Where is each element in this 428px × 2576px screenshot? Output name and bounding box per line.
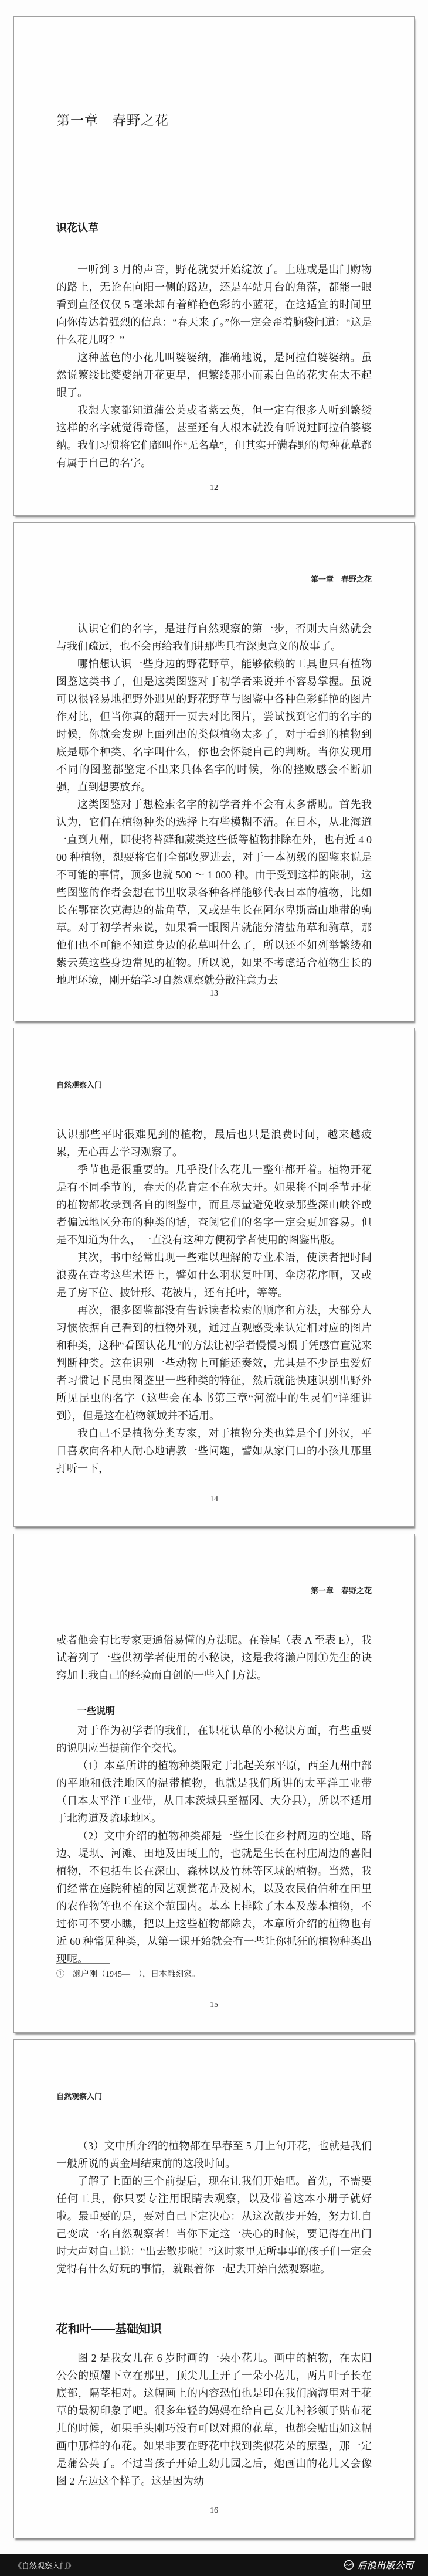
paragraph: 哪怕想认识一些身边的野花野草，能够依赖的工具也只有植物图鉴这类书了，但是这类图鉴… xyxy=(56,655,372,796)
footnote-divider xyxy=(56,1963,110,1964)
paragraph: 我想大家都知道蒲公英或者紫云英，但一定有很多人听到繁缕这样的名字就觉得奇怪，甚至… xyxy=(56,401,372,472)
page-number: 16 xyxy=(14,2506,414,2516)
subheading-yixie-shuoming: 一些说明 xyxy=(56,1705,372,1718)
publisher-block: 后浪出版公司 xyxy=(344,2559,414,2571)
paragraph: 对于作为初学者的我们，在识花认草的小秘诀方面，有些重要的说明应当提前作个交代。 xyxy=(56,1722,372,1757)
page-number: 13 xyxy=(14,989,414,999)
paragraph: 或者他会有比专家更通俗易懂的方法呢。在卷尾（表 A 至表 E），我试着列了一些供… xyxy=(56,1631,372,1684)
book-page-15: 第一章 春野之花 或者他会有比专家更通俗易懂的方法呢。在卷尾（表 A 至表 E）… xyxy=(13,1534,415,2033)
paragraph: 再次，很多图鉴都没有告诉读者检索的顺序和方法，大部分人习惯依据自己看到的植物外观… xyxy=(56,1301,372,1425)
page-number: 15 xyxy=(14,2001,414,2010)
running-head: 第一章 春野之花 xyxy=(56,573,372,584)
footer-bar: 《自然观察入门》 后浪出版公司 xyxy=(0,2554,428,2576)
paragraph: 一听到 3 月的声音，野花就要开始绽放了。上班或是出门购物的路上，无论在向阳一侧… xyxy=(56,261,372,349)
running-head: 自然观察入门 xyxy=(56,1079,372,1090)
footnote-text: ① 濑户刚（1945— ），日本雕刻家。 xyxy=(56,1969,372,1981)
paragraph: 这种蓝色的小花儿叫婆婆纳，准确地说，是阿拉伯婆婆纳。虽然说繁缕比婆婆纳开花更早，… xyxy=(56,349,372,401)
paragraph: （2）文中介绍的植物种类都是一些生长在乡村周边的空地、路边、堤坝、河滩、田地及田… xyxy=(56,1827,372,1968)
paragraph: 这类图鉴对于想检索名字的初学者并不会有太多帮助。首先我认为，它们在植物种类的选择… xyxy=(56,796,372,989)
section-heading-shi-hua-ren-cao: 识花认草 xyxy=(56,220,98,235)
page-number: 12 xyxy=(14,483,414,493)
footnote: ① 濑户刚（1945— ），日本雕刻家。 xyxy=(56,1963,372,1981)
publisher-logo-icon xyxy=(344,2560,354,2570)
page-number: 14 xyxy=(14,1495,414,1504)
page-body: （3）文中所介绍的植物都在早春至 5 月上旬开花，也就是我们一般所说的黄金周结束… xyxy=(56,2137,372,2490)
paragraph: （3）文中所介绍的植物都在早春至 5 月上旬开花，也就是我们一般所说的黄金周结束… xyxy=(56,2137,372,2172)
section-heading-hua-he-ye: 花和叶——基础知识 xyxy=(56,2321,372,2338)
page-body: 认识那些平时很难见到的植物，最后也只是浪费时间，越来越疲累，无心再去学习观察了。… xyxy=(56,1126,372,1477)
paragraph: 其次，书中经常出现一些难以理解的专业术语，使读者把时间浪费在查考这些术语上，譬如… xyxy=(56,1249,372,1301)
page-body: 一听到 3 月的声音，野花就要开始绽放了。上班或是出门购物的路上，无论在向阳一侧… xyxy=(56,261,372,472)
paragraph: 了解了上面的三个前提后，现在让我们开始吧。首先，不需要任何工具，你只要专注用眼睛… xyxy=(56,2172,372,2278)
paragraph: （1）本章所讲的植物种类限定于北起关东平原，西至九州中部的平地和低洼地区的温带植… xyxy=(56,1757,372,1827)
paragraph: 季节也是很重要的。几乎没什么花儿一整年都开着。植物开花是有不同季节的，春天的花肯… xyxy=(56,1161,372,1249)
book-page-13: 第一章 春野之花 认识它们的名字，是进行自然观察的第一步，否则大自然就会与我们疏… xyxy=(13,522,415,1021)
paragraph: 我自己不是植物分类专家，对于植物分类也算是个门外汉，平日喜欢向各种人耐心地请教一… xyxy=(56,1425,372,1477)
footer-book-title: 《自然观察入门》 xyxy=(14,2560,75,2571)
book-page-16: 自然观察入门 （3）文中所介绍的植物都在早春至 5 月上旬开花，也就是我们一般所… xyxy=(13,2039,415,2538)
page-body: 认识它们的名字，是进行自然观察的第一步，否则大自然就会与我们疏远，也不会再给我们… xyxy=(56,620,372,989)
chapter-title: 第一章 春野之花 xyxy=(56,110,169,129)
paragraph: 认识它们的名字，是进行自然观察的第一步，否则大自然就会与我们疏远，也不会再给我们… xyxy=(56,620,372,655)
book-page-14: 自然观察入门 认识那些平时很难见到的植物，最后也只是浪费时间，越来越疲累，无心再… xyxy=(13,1028,415,1527)
running-head: 自然观察入门 xyxy=(56,2090,372,2101)
running-head: 第一章 春野之花 xyxy=(56,1585,372,1596)
publisher-name: 后浪出版公司 xyxy=(358,2559,414,2571)
paragraph: 图 2 是我女儿在 6 岁时画的一朵小花儿。画中的植物，在太阳公公的照耀下立在那… xyxy=(56,2349,372,2490)
paragraph: 认识那些平时很难见到的植物，最后也只是浪费时间，越来越疲累，无心再去学习观察了。 xyxy=(56,1126,372,1161)
document-canvas: 第一章 春野之花 识花认草 一听到 3 月的声音，野花就要开始绽放了。上班或是出… xyxy=(0,0,428,2576)
page-body: 或者他会有比专家更通俗易懂的方法呢。在卷尾（表 A 至表 E），我试着列了一些供… xyxy=(56,1631,372,1968)
book-page-12: 第一章 春野之花 识花认草 一听到 3 月的声音，野花就要开始绽放了。上班或是出… xyxy=(13,16,415,516)
